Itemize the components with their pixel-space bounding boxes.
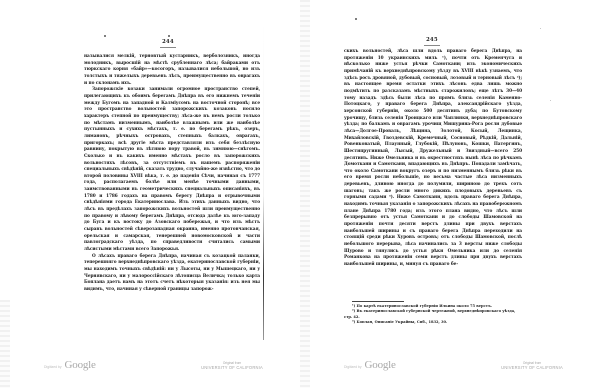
google-watermark: Digitized by Google — [44, 359, 96, 371]
paragraph: Запорожскіе козаки занимали огромное про… — [84, 87, 260, 253]
book-spread: 244 называлися мелкій, терновтый кустарн… — [0, 0, 600, 388]
digitized-by-label: Digitized by — [44, 365, 62, 369]
scan-speck — [540, 28, 541, 29]
scan-edge-strip — [0, 300, 10, 388]
paragraph: О лѣсахъ праваго берега Днѣпра, начиная … — [84, 254, 260, 294]
google-logo: Google — [365, 359, 396, 371]
footnote-3: ³) Боплан, Описаніе Украйны, Спб., 1832,… — [344, 320, 522, 325]
footnotes: ¹) По картѣ екатеринославской губерніи И… — [344, 304, 522, 326]
digitized-by-label: Digitized by — [344, 365, 362, 369]
scan-speck — [168, 35, 170, 37]
scan-speck — [355, 18, 357, 20]
origin-watermark: Original from UNIVERSITY OF CALIFORNIA — [492, 361, 572, 370]
scan-speck — [550, 100, 551, 101]
right-page: 245 скихъ вольностей, лѣса шли вдоль пра… — [300, 0, 600, 388]
google-watermark: Digitized by Google — [344, 359, 396, 371]
gutter-shadow-line — [263, 20, 264, 340]
footnote-2: ²) Въ екатеринославской губернской черте… — [344, 309, 522, 320]
origin-watermark: Original from UNIVERSITY OF CALIFORNIA — [192, 361, 272, 370]
page-body-text: скихъ вольностей, лѣса шли вдоль праваго… — [344, 49, 522, 269]
paragraph: называлися мелкій, терновтый кустарникъ,… — [84, 54, 260, 87]
paragraph: скихъ вольностей, лѣса шли вдоль праваго… — [344, 49, 522, 269]
google-logo: Google — [65, 359, 96, 371]
scan-speck — [104, 35, 106, 37]
scan-edge-strip — [300, 0, 310, 388]
university-label: UNIVERSITY OF CALIFORNIA — [492, 365, 572, 370]
page-number-rule — [160, 47, 176, 48]
page-number-rule — [424, 45, 440, 46]
footnote-rule — [352, 301, 404, 302]
page-body-text: называлися мелкій, терновтый кустарникъ,… — [84, 54, 260, 294]
left-page: 244 называлися мелкій, терновтый кустарн… — [0, 0, 300, 388]
page-number: 245 — [412, 37, 452, 43]
university-label: UNIVERSITY OF CALIFORNIA — [192, 365, 272, 370]
page-number: 244 — [148, 39, 188, 45]
